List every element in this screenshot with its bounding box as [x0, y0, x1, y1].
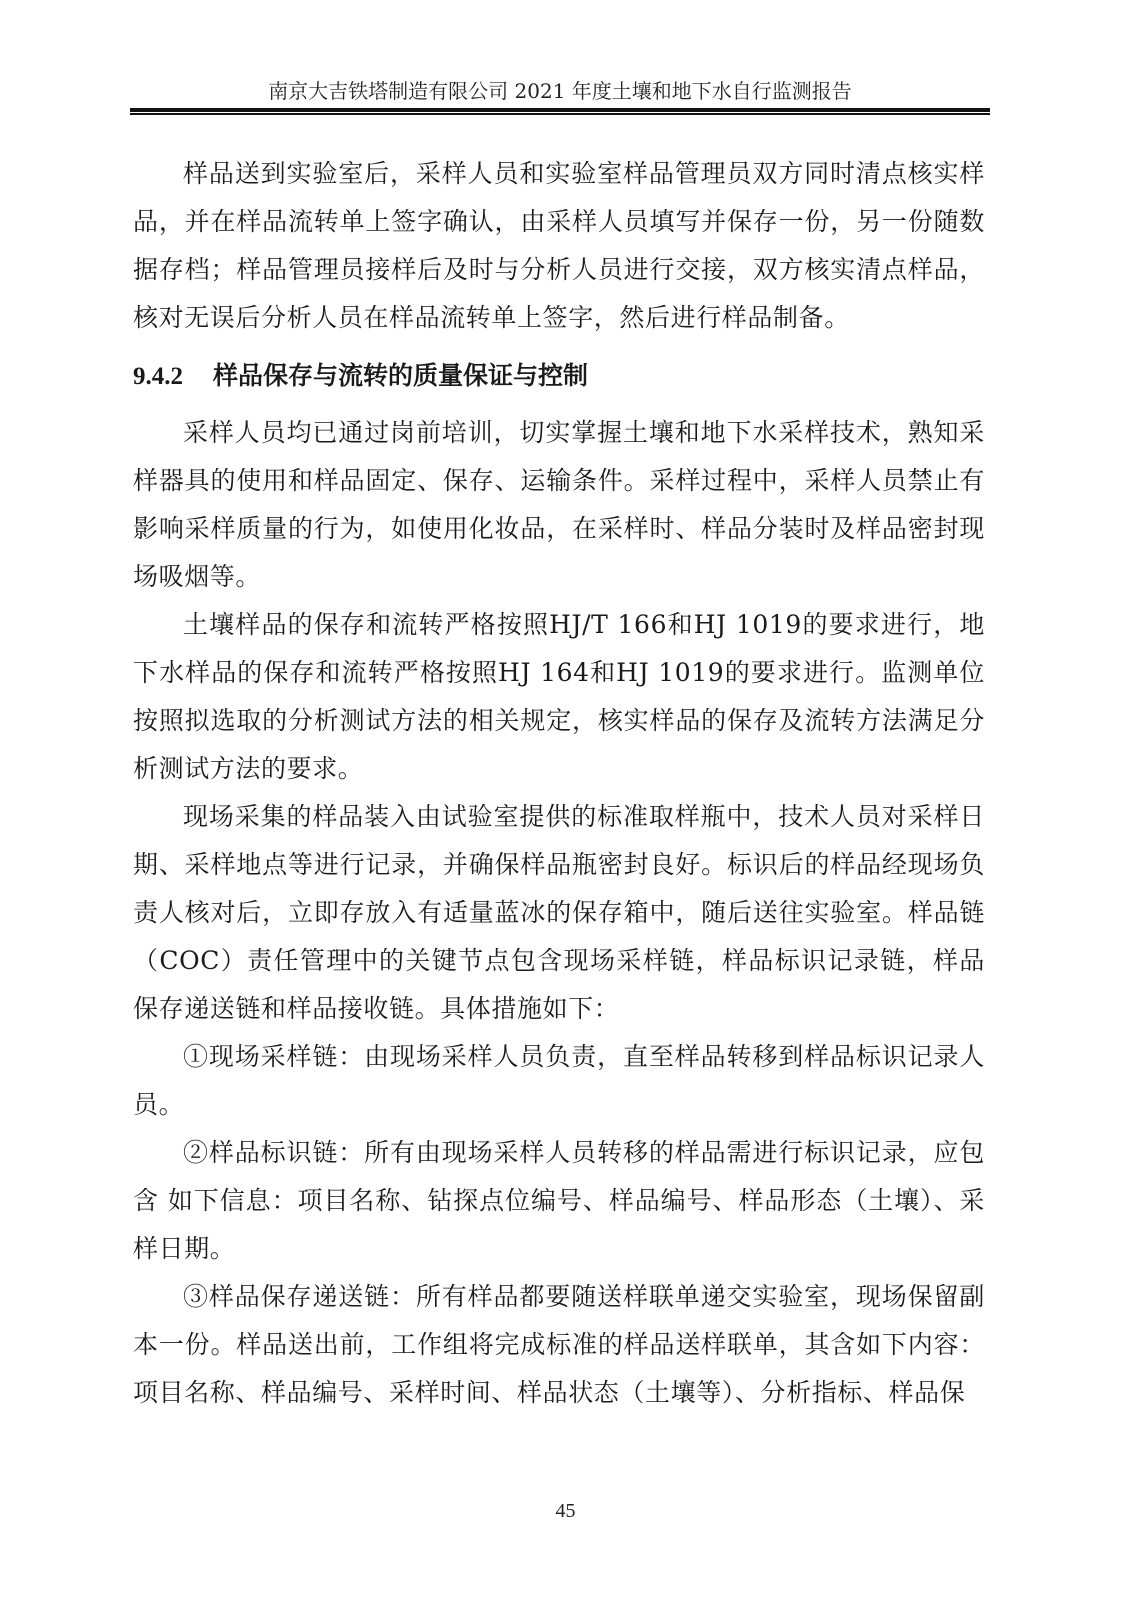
intro-paragraph: 样品送到实验室后，采样人员和实验室样品管理员双方同时清点核实样品，并在样品流转单…	[133, 150, 985, 342]
list-item-sample-delivery-chain: ③样品保存递送链：所有样品都要随送样联单递交实验室，现场保留副本一份。样品送出前…	[133, 1273, 985, 1417]
paragraph-personnel-training: 采样人员均已通过岗前培训，切实掌握土壤和地下水采样技术，熟知采样器具的使用和样品…	[133, 409, 985, 601]
paragraph-coc-chain: 现场采集的样品装入由试验室提供的标准取样瓶中，技术人员对采样日期、采样地点等进行…	[133, 793, 985, 1033]
running-header: 南京大吉铁塔制造有限公司 2021 年度土壤和地下水自行监测报告	[130, 78, 990, 104]
header-rule-thin	[130, 113, 990, 115]
page-content: 样品送到实验室后，采样人员和实验室样品管理员双方同时清点核实样品，并在样品流转单…	[133, 150, 985, 1417]
page-number: 45	[0, 1500, 1131, 1523]
section-title: 样品保存与流转的质量保证与控制	[213, 361, 588, 390]
list-item-field-sampling-chain: ①现场采样链：由现场采样人员负责，直至样品转移到样品标识记录人员。	[133, 1033, 985, 1129]
list-item-sample-labeling-chain: ②样品标识链：所有由现场采样人员转移的样品需进行标识记录，应包含 如下信息：项目…	[133, 1129, 985, 1273]
paragraph-storage-standards: 土壤样品的保存和流转严格按照HJ/T 166和HJ 1019的要求进行，地下水样…	[133, 601, 985, 793]
section-heading: 9.4.2样品保存与流转的质量保证与控制	[133, 354, 985, 399]
header-rule-thick	[130, 108, 990, 112]
header-double-rule	[130, 108, 990, 115]
section-number: 9.4.2	[133, 355, 213, 399]
